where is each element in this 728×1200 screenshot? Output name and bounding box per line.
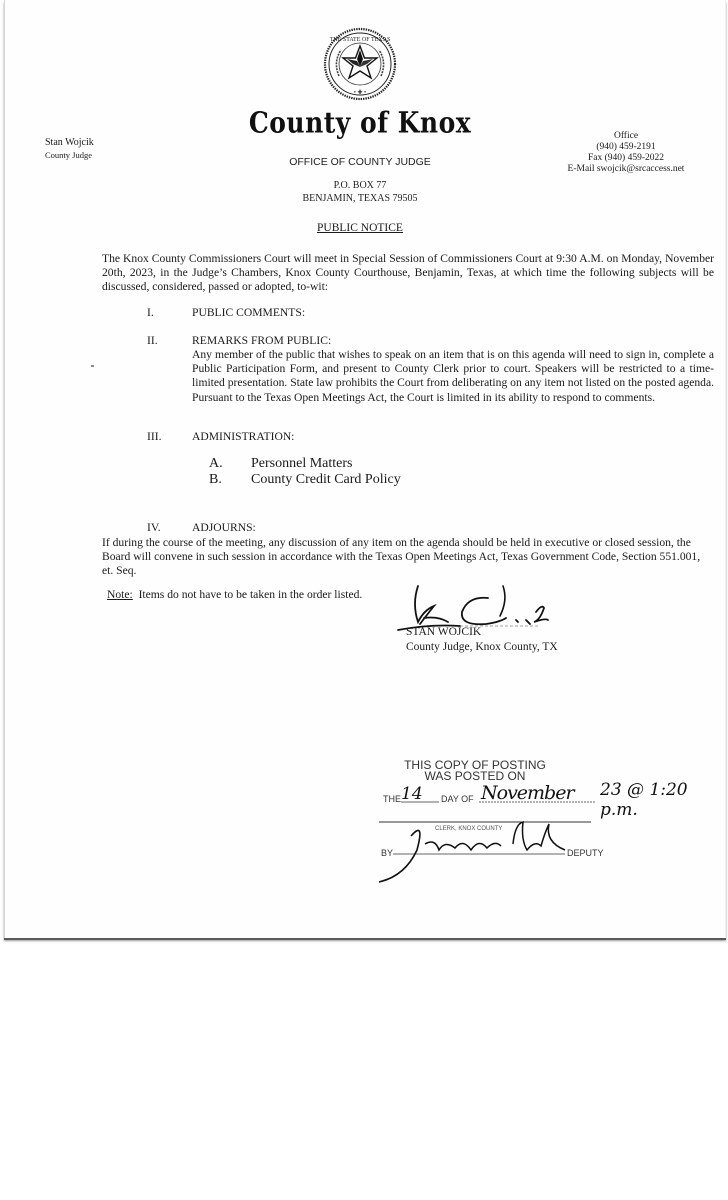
section-4-body: If during the course of the meeting, any…: [102, 536, 714, 579]
section-3-title: ADMINISTRATION:: [192, 430, 294, 443]
judge-block: Stan Wojcik County Judge: [45, 137, 94, 161]
county-title: County of Knox: [205, 106, 515, 139]
svg-text:THE STATE OF TEXAS: THE STATE OF TEXAS: [330, 37, 391, 43]
address-line-1: P.O. BOX 77: [205, 180, 515, 191]
contact-email: E-Mail swojcik@srcaccess.net: [561, 164, 691, 175]
contact-fax: Fax (940) 459-2022: [561, 153, 691, 164]
stamp-deputy-label: DEPUTY: [567, 848, 604, 858]
notice-heading: PUBLIC NOTICE: [205, 222, 515, 234]
signer-name: STAN WOJCIK: [406, 626, 481, 638]
contact-phone: (940) 459-2191: [561, 142, 691, 153]
stamp-dayof-label: DAY OF: [441, 794, 474, 804]
note: Note: Items do not have to be taken in t…: [107, 588, 362, 601]
handwritten-month: November: [481, 782, 574, 804]
notice-intro: The Knox County Commissioners Court will…: [102, 252, 714, 295]
judge-name: Stan Wojcik: [45, 137, 94, 149]
section-1-title: PUBLIC COMMENTS:: [192, 306, 305, 319]
scanned-page: THE STATE OF TEXAS • ✚ • County of Knox …: [4, 0, 726, 938]
signer-role: County Judge, Knox County, TX: [406, 641, 558, 653]
section-2-number: II.: [147, 334, 158, 347]
handwritten-day: 14: [401, 784, 423, 804]
stamp-clerk-label: CLERK, KNOX COUNTY: [435, 826, 502, 832]
address-line-2: BENJAMIN, TEXAS 79505: [205, 193, 515, 204]
item-a-letter: A.: [209, 456, 223, 472]
section-2-title: REMARKS FROM PUBLIC:: [192, 334, 331, 347]
scan-speck: [91, 365, 94, 367]
contact-block: Office (940) 459-2191 Fax (940) 459-2022…: [561, 131, 691, 175]
section-4-number: IV.: [147, 521, 161, 534]
section-3-number: III.: [147, 430, 161, 443]
item-b-title: County Credit Card Policy: [251, 472, 401, 488]
office-name: OFFICE OF COUNTY JUDGE: [205, 156, 515, 168]
item-a-title: Personnel Matters: [251, 456, 352, 472]
stamp-heading: THIS COPY OF POSTING WAS POSTED ON: [385, 760, 565, 782]
svg-text:• ✚ •: • ✚ •: [354, 89, 366, 96]
contact-label: Office: [561, 131, 691, 142]
item-b-letter: B.: [209, 472, 222, 488]
texas-state-seal-icon: THE STATE OF TEXAS • ✚ •: [323, 26, 397, 104]
section-2-body: Any member of the public that wishes to …: [192, 348, 714, 405]
section-1-number: I.: [147, 306, 154, 319]
judge-title: County Judge: [45, 149, 94, 161]
note-text: Items do not have to be taken in the ord…: [139, 588, 363, 601]
stamp-the-label: THE: [383, 794, 401, 804]
stamp-by-label: BY: [381, 848, 393, 858]
note-label: Note:: [107, 588, 133, 601]
section-4-title: ADJOURNS:: [192, 521, 256, 534]
handwritten-time: 23 @ 1:20 p.m.: [600, 780, 725, 820]
